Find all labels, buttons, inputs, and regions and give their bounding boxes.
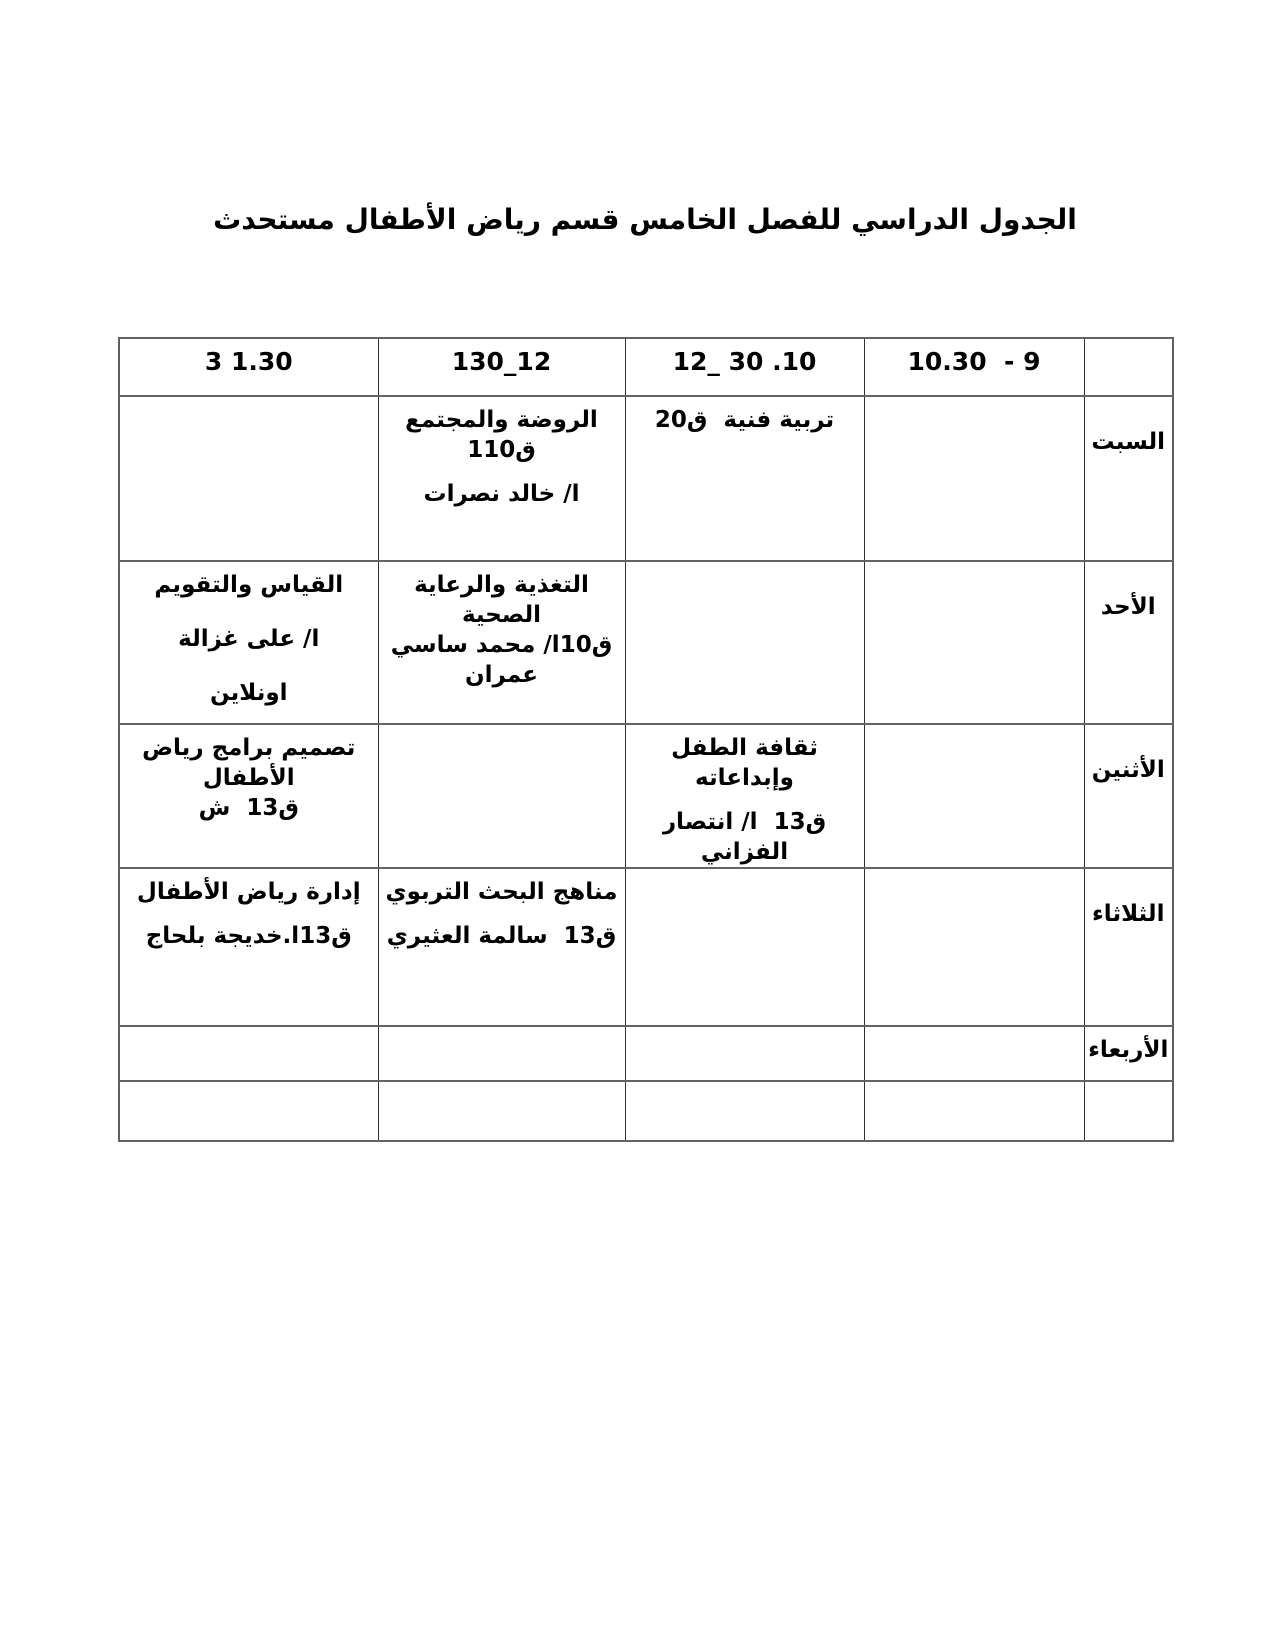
schedule-row: القياس والتقويما/ على غزالةاونلاينالتغذي… [119, 561, 1173, 724]
course-cell [378, 1026, 625, 1081]
day-cell: الأربعاء [1084, 1026, 1173, 1081]
course-line: الروضة والمجتمع ق110 [385, 405, 619, 465]
course-line: ثقافة الطفل وإبداعاته [632, 733, 858, 793]
course-line: مناهج البحث التربوي [385, 877, 619, 907]
course-cell: تربية فنية ق20 [625, 396, 864, 561]
course-cell [625, 1081, 864, 1141]
day-column-header [1084, 338, 1173, 396]
course-cell [119, 1081, 378, 1141]
schedule-row: الروضة والمجتمع ق110ا/ خالد نصراتتربية ف… [119, 396, 1173, 561]
course-cell [625, 561, 864, 724]
course-line: تصميم برامج رياض الأطفال [126, 733, 372, 793]
course-line: ق13 ش [126, 793, 372, 823]
course-cell [625, 868, 864, 1026]
time-header-130-to-3: 3 1.30 [119, 338, 378, 396]
course-cell [864, 1081, 1084, 1141]
course-cell [864, 724, 1084, 868]
course-cell [864, 868, 1084, 1026]
course-line: القياس والتقويم [126, 570, 372, 600]
course-cell: ثقافة الطفل وإبداعاتهق13 ا/ انتصار الفزا… [625, 724, 864, 868]
schedule-row: إدارة رياض الأطفالق13ا.خديجة بلحاجمناهج … [119, 868, 1173, 1026]
course-line: تربية فنية ق20 [632, 405, 858, 435]
course-cell: القياس والتقويما/ على غزالةاونلاين [119, 561, 378, 724]
course-cell: التغذية والرعاية الصحيةق10ا/ محمد ساسي ع… [378, 561, 625, 724]
course-cell [378, 1081, 625, 1141]
course-cell [119, 1026, 378, 1081]
course-cell: مناهج البحث التربويق13 سالمة العثيري [378, 868, 625, 1026]
course-line: ق10ا/ محمد ساسي عمران [385, 630, 619, 690]
schedule-row [119, 1081, 1173, 1141]
time-header-12-to-130: 130_12 [378, 338, 625, 396]
day-cell: السبت [1084, 396, 1173, 561]
day-cell: الأحد [1084, 561, 1173, 724]
course-cell [625, 1026, 864, 1081]
time-header-9-to-1030: 10.30 - 9 [864, 338, 1084, 396]
schedule-table: 3 1.30 130_12 12_ 30 .10 10.30 - 9 الروض… [118, 337, 1174, 1142]
course-cell [864, 1026, 1084, 1081]
time-header-1030-to-12: 12_ 30 .10 [625, 338, 864, 396]
day-cell [1084, 1081, 1173, 1141]
schedule-title: الجدول الدراسي للفصل الخامس قسم رياض الأ… [118, 200, 1172, 240]
course-line: ا/ خالد نصرات [385, 479, 619, 509]
course-line: ق13 ا/ انتصار الفزاني [632, 807, 858, 867]
course-line: اونلاين [126, 678, 372, 708]
time-header-row: 3 1.30 130_12 12_ 30 .10 10.30 - 9 [119, 338, 1173, 396]
schedule-body: الروضة والمجتمع ق110ا/ خالد نصراتتربية ف… [119, 396, 1173, 1141]
document-page: الجدول الدراسي للفصل الخامس قسم رياض الأ… [0, 0, 1275, 1650]
schedule-row: الأربعاء [119, 1026, 1173, 1081]
course-cell [378, 724, 625, 868]
course-cell: تصميم برامج رياض الأطفالق13 ش [119, 724, 378, 868]
course-line: ق13 سالمة العثيري [385, 921, 619, 951]
course-line: إدارة رياض الأطفال [126, 877, 372, 907]
course-line: التغذية والرعاية الصحية [385, 570, 619, 630]
course-cell [119, 396, 378, 561]
schedule-row: تصميم برامج رياض الأطفالق13 شثقافة الطفل… [119, 724, 1173, 868]
day-cell: الثلاثاء [1084, 868, 1173, 1026]
course-cell: إدارة رياض الأطفالق13ا.خديجة بلحاج [119, 868, 378, 1026]
course-cell [864, 561, 1084, 724]
course-line: ا/ على غزالة [126, 624, 372, 654]
course-line: ق13ا.خديجة بلحاج [126, 921, 372, 951]
course-cell: الروضة والمجتمع ق110ا/ خالد نصرات [378, 396, 625, 561]
day-cell: الأثنين [1084, 724, 1173, 868]
course-cell [864, 396, 1084, 561]
